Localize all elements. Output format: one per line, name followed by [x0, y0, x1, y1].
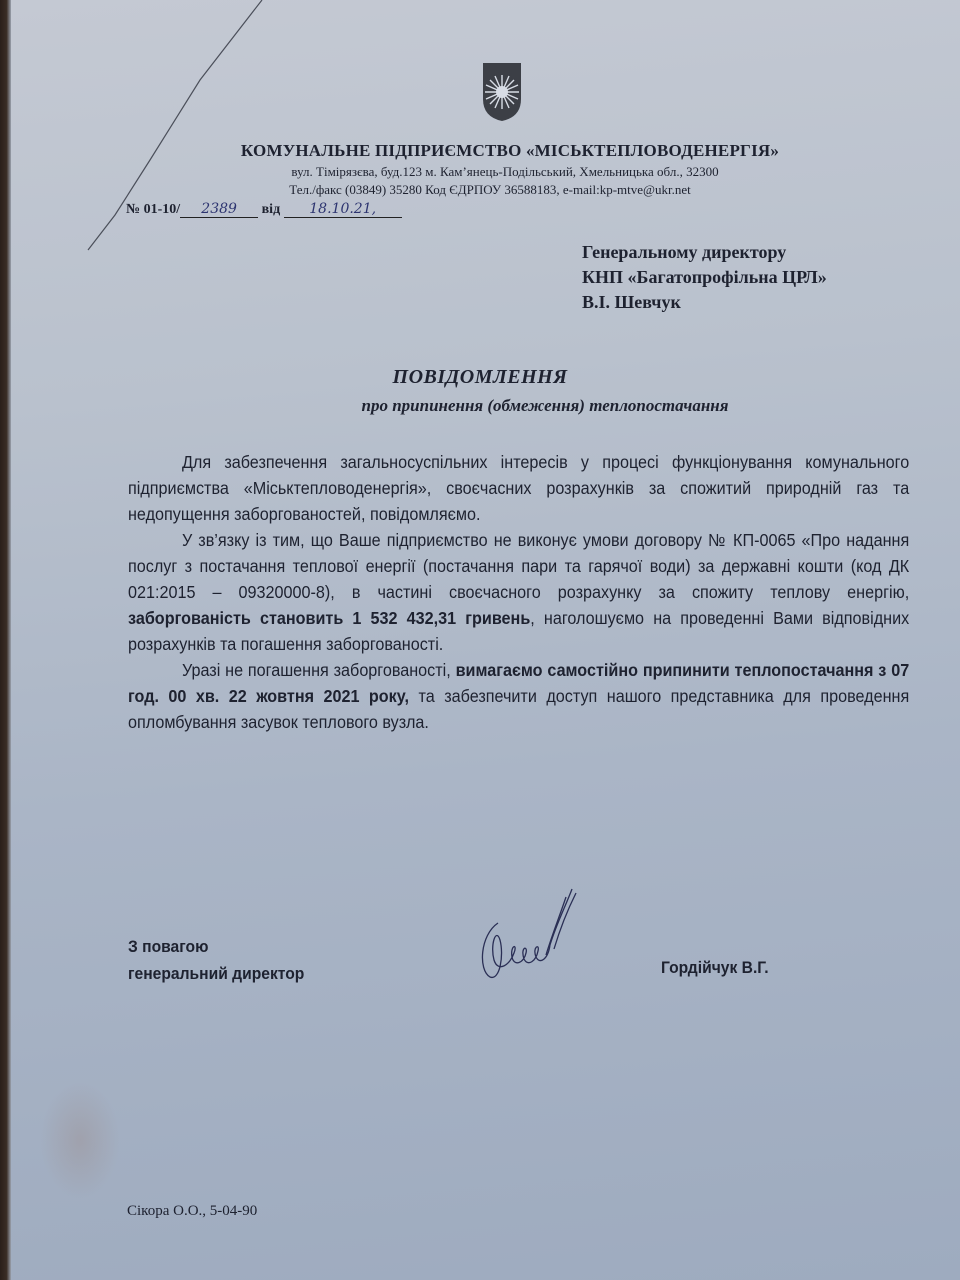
- paragraph-purpose: Для забезпечення загальносуспільних інте…: [128, 449, 909, 527]
- document-title: ПОВІДОМЛЕННЯ: [0, 366, 960, 389]
- debt-text: У зв’язку із тим, що Ваше підприємство н…: [128, 530, 909, 602]
- debt-amount: заборгованість становить 1 532 432,31 гр…: [128, 608, 530, 628]
- organization-name: КОМУНАЛЬНЕ ПІДПРИЄМСТВО «МІСЬКТЕПЛОВОДЕН…: [0, 141, 960, 161]
- paragraph-debt: У зв’язку із тим, що Ваше підприємство н…: [128, 527, 909, 657]
- reference-from-label: від: [262, 202, 281, 217]
- demand-text: Уразі не погашення заборгованості,: [182, 660, 456, 680]
- paper-stain: [40, 1080, 120, 1200]
- addressee-block: Генеральному директору КНП «Багатопрофіл…: [582, 240, 827, 315]
- signer-position: генеральний директор: [128, 960, 304, 987]
- handwritten-signature-icon: [470, 885, 580, 985]
- closing-phrase: З повагою: [128, 933, 304, 960]
- signer-name: Гордійчук В.Г.: [661, 958, 769, 978]
- addressee-position: Генеральному директору: [582, 240, 827, 265]
- executor-contact: Сікора О.О., 5-04-90: [127, 1203, 257, 1220]
- reference-number: 2389: [180, 201, 258, 218]
- letter-body: Для забезпечення загальносуспільних інте…: [128, 449, 909, 735]
- reference-line: № 01-10/2389 від 18.10.21,: [126, 201, 402, 218]
- organization-contacts: Тел./факс (03849) 35280 Код ЄДРПОУ 36588…: [0, 182, 960, 198]
- reference-prefix: № 01-10/: [126, 202, 180, 217]
- organization-address: вул. Тімірязєва, буд.123 м. Кам’янець-По…: [0, 164, 960, 180]
- coat-of-arms-sun-shield-icon: [481, 61, 523, 123]
- paragraph-demand: Уразі не погашення заборгованості, вимаг…: [128, 657, 909, 735]
- closing-block: З повагою генеральний директор: [128, 933, 304, 987]
- document-subtitle: про припинення (обмеження) теплопостачан…: [0, 396, 960, 416]
- addressee-organization: КНП «Багатопрофільна ЦРЛ»: [582, 265, 827, 290]
- addressee-name: В.І. Шевчук: [582, 290, 827, 315]
- reference-date: 18.10.21,: [284, 201, 402, 218]
